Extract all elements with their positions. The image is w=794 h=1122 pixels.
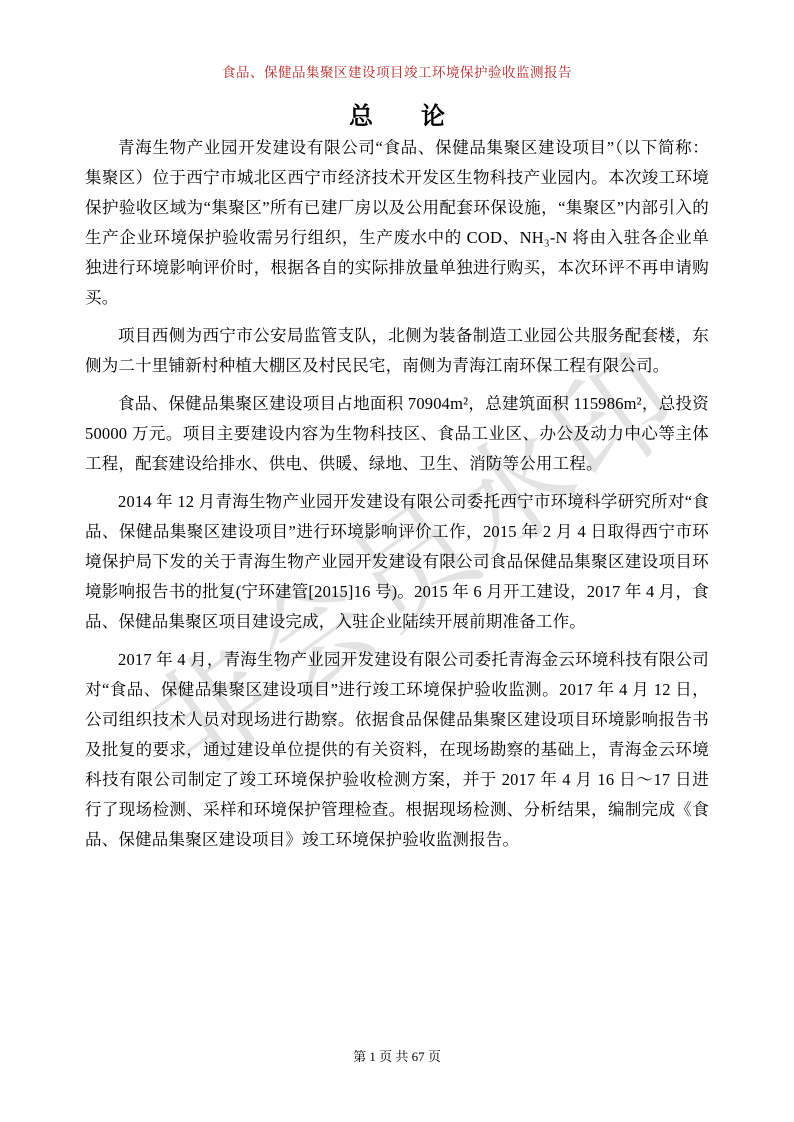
body-paragraph-acceptance-monitoring: 2017 年 4 月，青海生物产业园开发建设有限公司委托青海金云环境科技有限公司…: [85, 645, 709, 855]
document-page: 非会员水印 食品、保健品集聚区建设项目竣工环境保护验收监测报告 总 论 青海生物…: [0, 0, 794, 1122]
page-title: 总 论: [0, 96, 794, 131]
page-number-footer: 第 1 页 共 67 页: [0, 1046, 794, 1065]
body-paragraph-project-scale: 食品、保健品集聚区建设项目占地面积 70904m²，总建筑面积 115986m²…: [85, 389, 709, 479]
document-body: 青海生物产业园开发建设有限公司“食品、保健品集聚区建设项目”（以下简称：集聚区）…: [85, 133, 709, 863]
page-header-running-title: 食品、保健品集聚区建设项目竣工环境保护验收监测报告: [0, 61, 794, 81]
body-paragraph-surroundings: 项目西侧为西宁市公安局监管支队，北侧为装备制造工业园公共服务配套楼，东侧为二十里…: [85, 321, 709, 381]
body-paragraph-overview: 青海生物产业园开发建设有限公司“食品、保健品集聚区建设项目”（以下简称：集聚区）…: [85, 133, 709, 313]
body-paragraph-eia-history: 2014 年 12 月青海生物产业园开发建设有限公司委托西宁市环境科学研究所对“…: [85, 487, 709, 637]
